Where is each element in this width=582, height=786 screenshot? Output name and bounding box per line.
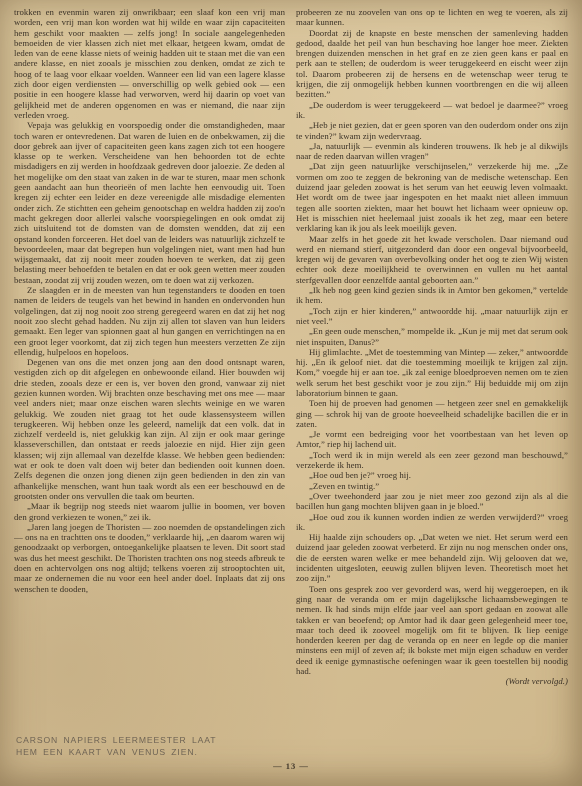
paragraph: „Jaren lang joegen de Thoristen — zoo no… — [14, 522, 285, 594]
text-column-left: trokken en evenmin waren zij onwrikbaar;… — [14, 7, 285, 729]
paragraph: Doordat zij de knapste en beste menschen… — [296, 28, 568, 100]
paragraph: Vepaja was gelukkig en voorspoedig onder… — [14, 120, 285, 285]
paragraph: „Je vormt een bedreiging voor het voortb… — [296, 429, 568, 450]
paragraph: „Over tweehonderd jaar zou je niet meer … — [296, 491, 568, 512]
paragraph: Degenen van ons die met onzen jong aan d… — [14, 357, 285, 501]
paragraph: Toen ons gesprek zoo ver gevorderd was, … — [296, 584, 568, 677]
paragraph: Toen hij de proeven had genomen — hetgee… — [296, 398, 568, 429]
magazine-page: trokken en evenmin waren zij onwrikbaar;… — [0, 0, 582, 786]
paragraph: „Ja, natuurlijk — evenmin als kinderen t… — [296, 141, 568, 162]
paragraph: „Hoe oud ben je?” vroeg hij. — [296, 470, 568, 480]
paragraph: Hij glimlachte. „Met de toestemming van … — [296, 347, 568, 398]
text-column-right: probeeren ze nu zoovelen van ons op te l… — [296, 7, 568, 755]
paragraph: „Heb je niet gezien, dat er geen sporen … — [296, 120, 568, 141]
paragraph: Ze slaagden er in de meesten van hun teg… — [14, 285, 285, 357]
page-number: — 13 — — [0, 761, 582, 771]
paragraph: probeeren ze nu zoovelen van ons op te l… — [296, 7, 568, 28]
paragraph: „Ik heb nog geen kind gezien sinds ik in… — [296, 285, 568, 306]
paragraph: Maar zelfs in het goede zit het kwade ve… — [296, 234, 568, 285]
paragraph: (Wordt vervolgd.) — [296, 676, 568, 686]
paragraph: „Hoe oud zou ik kunnen worden indien ze … — [296, 512, 568, 533]
paragraph: „Maar ik begrijp nog steeds niet waarom … — [14, 501, 285, 522]
paragraph: „Toch werd ik in mijn wereld als een zee… — [296, 450, 568, 471]
paragraph: Hij haalde zijn schouders op. „Dat weten… — [296, 532, 568, 583]
caption-line-1: CARSON NAPIERS LEERMEESTER LAAT — [16, 735, 216, 747]
paragraph: „En geen oude menschen,” mompelde ik. „K… — [296, 326, 568, 347]
paragraph: „Dat zijn geen natuurlijke verschijnsele… — [296, 161, 568, 233]
paragraph: „Toch zijn er hier kinderen,” antwoordde… — [296, 306, 568, 327]
paragraph: trokken en evenmin waren zij onwrikbaar;… — [14, 7, 285, 120]
caption-line-2: HEM EEN KAART VAN VENUS ZIEN. — [16, 747, 216, 759]
paragraph: „De ouderdom is weer teruggekeerd — wat … — [296, 100, 568, 121]
photo-caption: CARSON NAPIERS LEERMEESTER LAAT HEM EEN … — [16, 735, 216, 758]
paragraph: „Zeven en twintig.” — [296, 481, 568, 491]
